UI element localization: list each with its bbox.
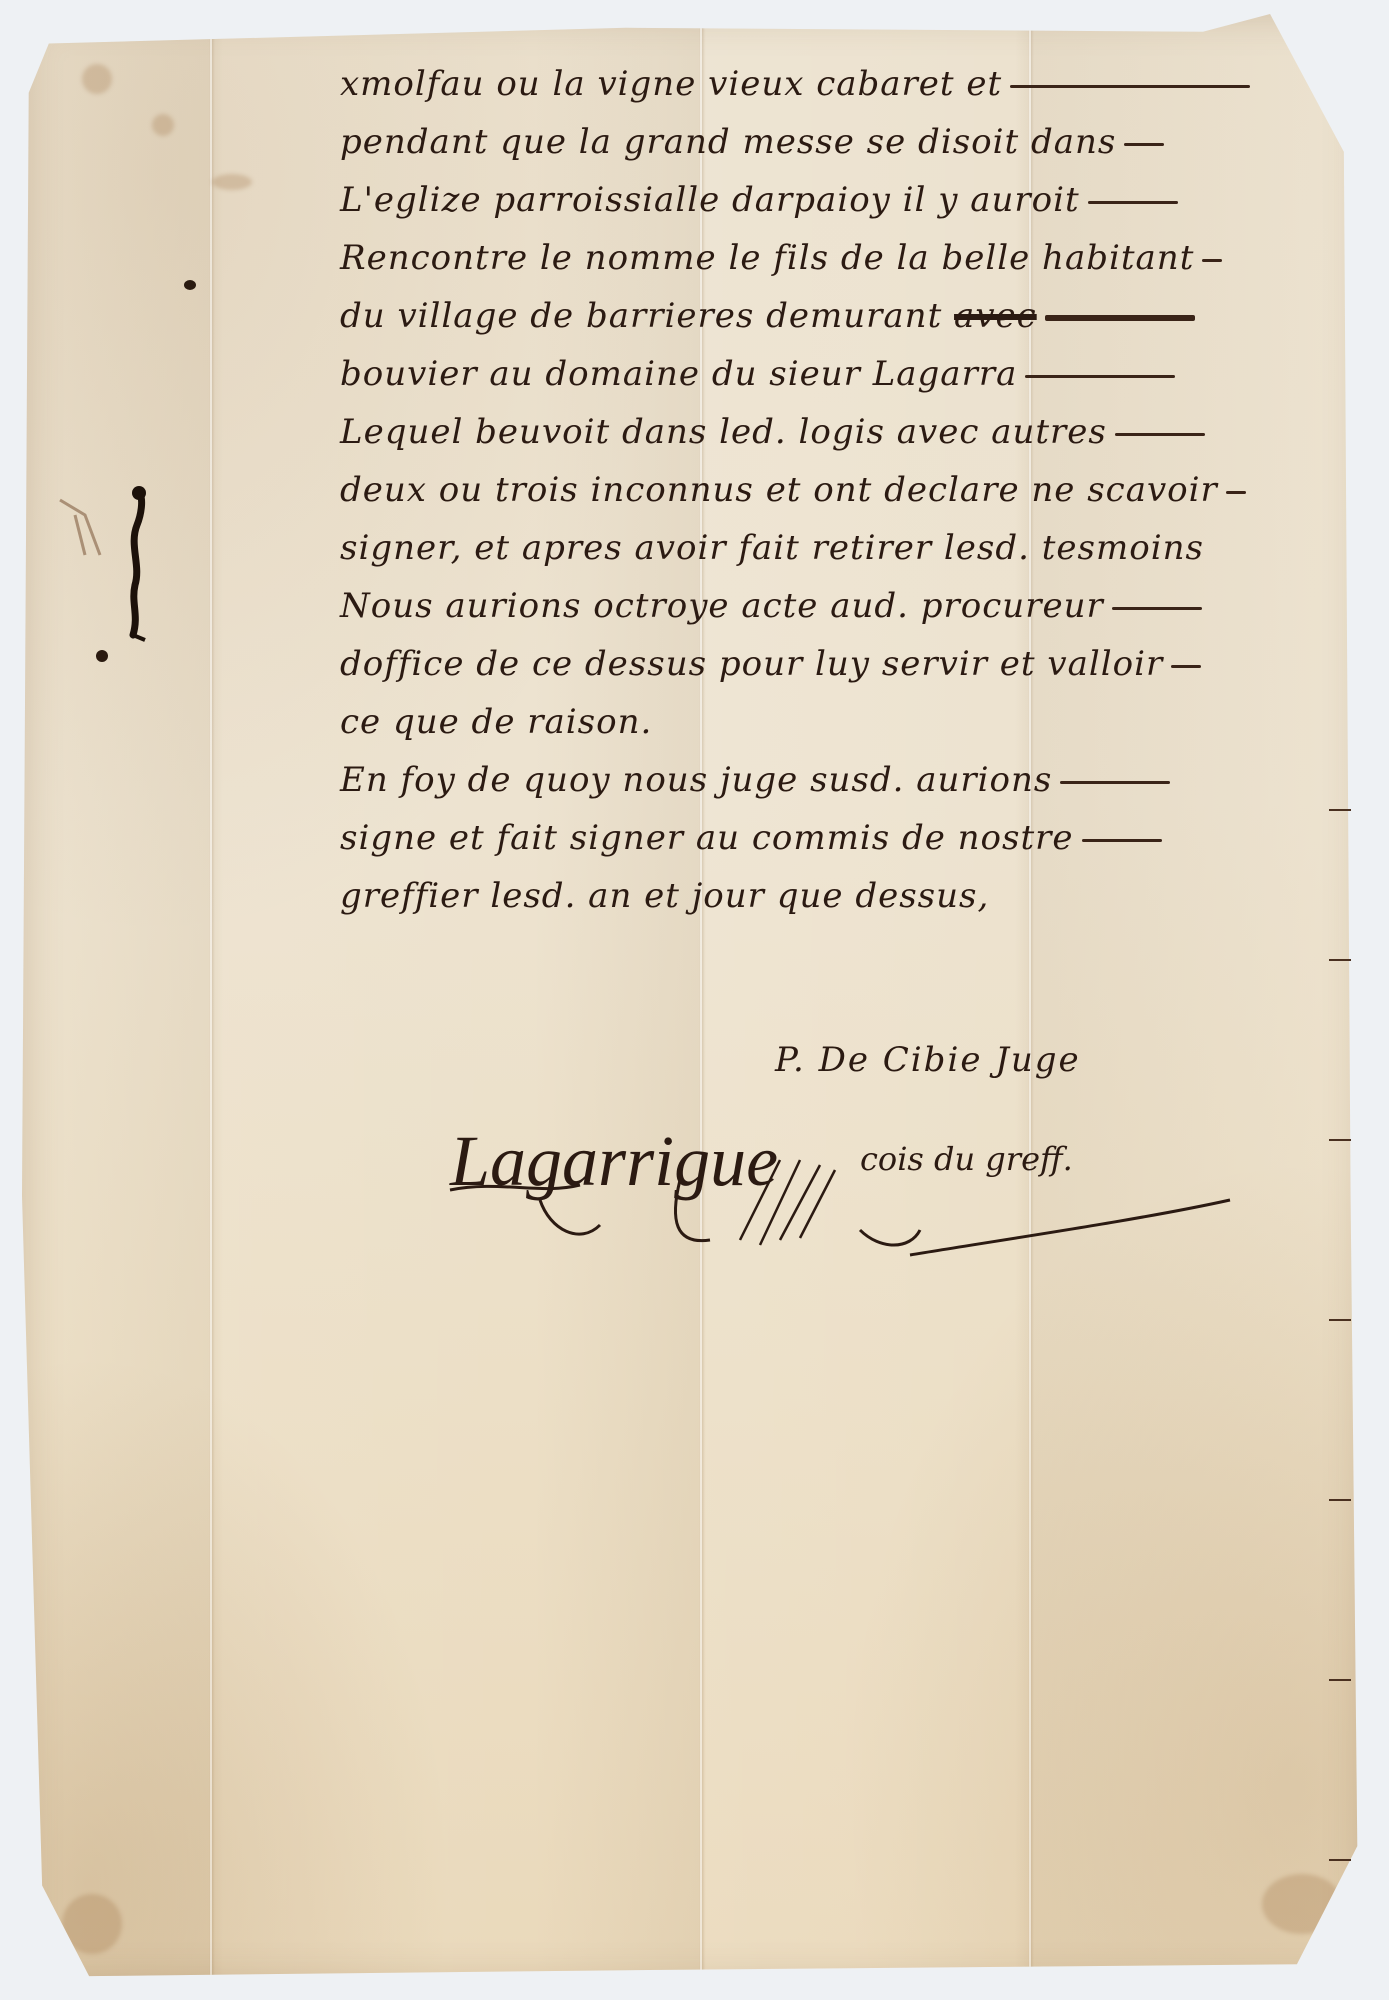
line-filler [1045, 315, 1195, 321]
line-filler [1202, 259, 1222, 262]
line-filler [1226, 491, 1246, 494]
edge-tick-marks-icon [1329, 800, 1359, 1900]
manuscript-line: doffice de ce dessus pour luy servir et … [340, 635, 1340, 693]
line-filler [1060, 781, 1170, 784]
ink-blot [152, 28, 162, 40]
paper-fold [210, 14, 212, 1984]
foxing-stain [212, 174, 252, 190]
lagarrigue-signature: Lagarrigue [450, 1120, 778, 1203]
manuscript-line: ce que de raison. [340, 693, 1340, 751]
manuscript-line: xmolfau ou la vigne vieux cabaret et [340, 55, 1340, 113]
faded-mark-icon [55, 495, 125, 575]
manuscript-line: pendant que la grand messe se disoit dan… [340, 113, 1340, 171]
foxing-stain [82, 64, 112, 94]
line-filler [1088, 201, 1178, 204]
line-filler [1082, 839, 1162, 842]
line-filler [1112, 607, 1202, 610]
manuscript-body: xmolfau ou la vigne vieux cabaret et pen… [340, 55, 1340, 925]
line-filler [1171, 665, 1201, 668]
manuscript-line: signer, et apres avoir fait retirer lesd… [340, 519, 1340, 577]
line-filler [1124, 143, 1164, 146]
foxing-stain [152, 114, 174, 136]
judge-signature: P. De Cibie Juge [775, 1040, 1081, 1080]
manuscript-line: greffier lesd. an et jour que dessus, [340, 867, 1340, 925]
manuscript-line: deux ou trois inconnus et ont declare ne… [340, 461, 1340, 519]
manuscript-line: Lequel beuvoit dans led. logis avec autr… [340, 403, 1340, 461]
manuscript-line: du village de barrieres demurant avec [340, 287, 1340, 345]
ink-blot [184, 280, 196, 290]
manuscript-line: Nous aurions octroye acte aud. procureur [340, 577, 1340, 635]
line-filler [1115, 433, 1205, 436]
line-filler [1025, 375, 1175, 378]
manuscript-line: L'eglize parroissialle darpaioy il y aur… [340, 171, 1340, 229]
line-filler [1010, 85, 1250, 88]
struck-word: avec [954, 296, 1037, 336]
greffier-signature-note: cois du greff. [860, 1140, 1073, 1178]
ink-blot [4, 126, 16, 140]
manuscript-line: signe et fait signer au commis de nostre [340, 809, 1340, 867]
ink-blot [96, 650, 108, 662]
manuscript-line: Rencontre le nomme le fils de la belle h… [340, 229, 1340, 287]
manuscript-line: bouvier au domaine du sieur Lagarra [340, 345, 1340, 403]
foxing-stain [62, 1894, 122, 1954]
manuscript-line: En foy de quoy nous juge susd. aurions [340, 751, 1340, 809]
